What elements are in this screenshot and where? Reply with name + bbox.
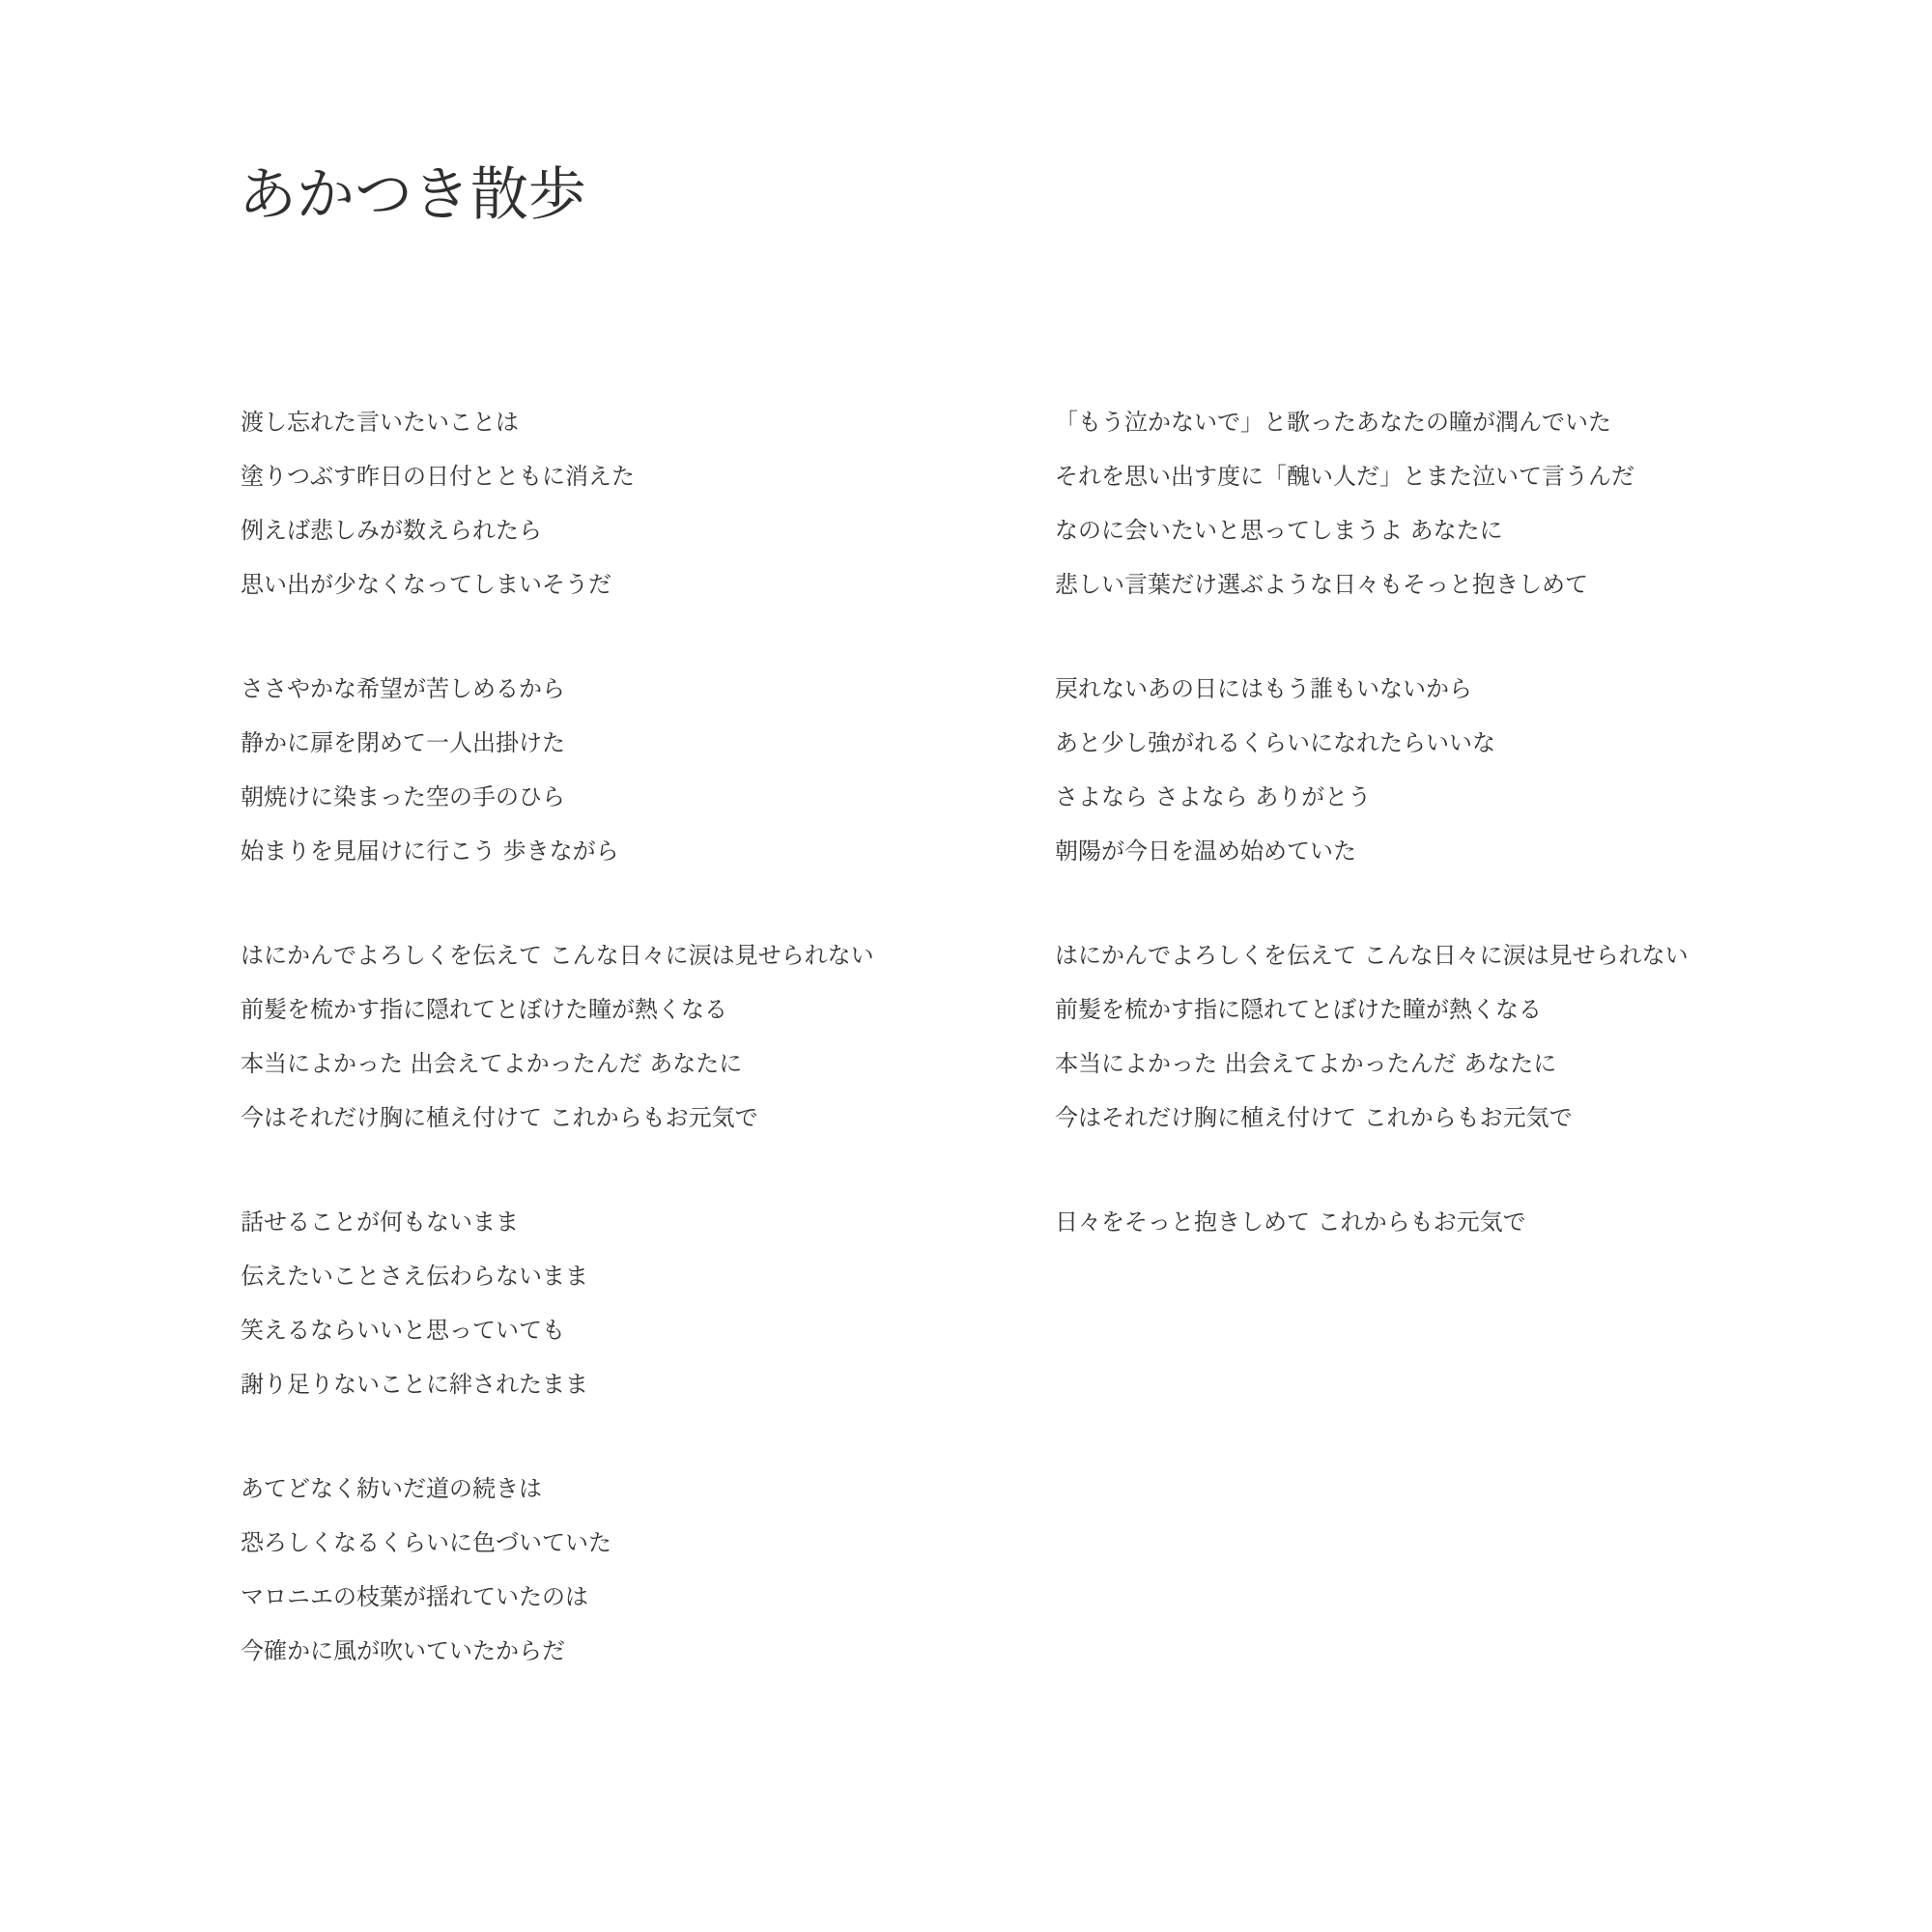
lyric-line: 恐ろしくなるくらいに色づいていた <box>241 1516 975 1570</box>
lyric-line: 前髪を梳かす指に隠れてとぼけた瞳が熱くなる <box>1055 982 1808 1037</box>
stanza: はにかんでよろしくを伝えて こんな日々に涙は見せられない前髪を梳かす指に隠れてと… <box>241 928 975 1145</box>
lyric-line: 悲しい言葉だけ選ぶような日々もそっと抱きしめて <box>1055 557 1808 611</box>
stanza: 日々をそっと抱きしめて これからもお元気で <box>1055 1195 1808 1249</box>
lyric-line: 朝焼けに染まった空の手のひら <box>241 770 975 824</box>
lyric-line: ささやかな希望が苦しめるから <box>241 662 975 716</box>
lyrics-column-left: 渡し忘れた言いたいことは塗りつぶす昨日の日付とともに消えた例えば悲しみが数えられ… <box>241 395 975 1728</box>
lyric-line: 前髪を梳かす指に隠れてとぼけた瞳が熱くなる <box>241 982 975 1037</box>
lyric-line: 話せることが何もないまま <box>241 1195 975 1249</box>
lyric-line: 渡し忘れた言いたいことは <box>241 395 975 449</box>
lyric-line: 例えば悲しみが数えられたら <box>241 503 975 557</box>
lyric-line: 今はそれだけ胸に植え付けて これからもお元気で <box>1055 1091 1808 1145</box>
lyric-line: 謝り足りないことに絆されたまま <box>241 1357 975 1411</box>
lyric-line: 始まりを見届けに行こう 歩きながら <box>241 824 975 878</box>
stanza: ささやかな希望が苦しめるから静かに扉を閉めて一人出掛けた朝焼けに染まった空の手の… <box>241 662 975 878</box>
stanza: 話せることが何もないまま伝えたいことさえ伝わらないまま笑えるならいいと思っていて… <box>241 1195 975 1411</box>
stanza: あてどなく紡いだ道の続きは恐ろしくなるくらいに色づいていたマロニエの枝葉が揺れて… <box>241 1462 975 1678</box>
lyric-line: 本当によかった 出会えてよかったんだ あなたに <box>1055 1037 1808 1091</box>
lyric-line: 戻れないあの日にはもう誰もいないから <box>1055 662 1808 716</box>
stanza: はにかんでよろしくを伝えて こんな日々に涙は見せられない前髪を梳かす指に隠れてと… <box>1055 928 1808 1145</box>
lyric-line: 笑えるならいいと思っていても <box>241 1303 975 1357</box>
lyric-line: 伝えたいことさえ伝わらないまま <box>241 1249 975 1303</box>
stanza: 渡し忘れた言いたいことは塗りつぶす昨日の日付とともに消えた例えば悲しみが数えられ… <box>241 395 975 611</box>
lyrics-page: あかつき散歩 渡し忘れた言いたいことは塗りつぶす昨日の日付とともに消えた例えば悲… <box>0 0 1932 1932</box>
stanza: 「もう泣かないで」と歌ったあなたの瞳が潤んでいたそれを思い出す度に「醜い人だ」と… <box>1055 395 1808 611</box>
lyric-line: あと少し強がれるくらいになれたらいいな <box>1055 716 1808 770</box>
page-title: あかつき散歩 <box>239 166 586 224</box>
lyric-line: あてどなく紡いだ道の続きは <box>241 1462 975 1516</box>
lyric-line: 今確かに風が吹いていたからだ <box>241 1624 975 1678</box>
stanza: 戻れないあの日にはもう誰もいないからあと少し強がれるくらいになれたらいいなさよな… <box>1055 662 1808 878</box>
lyric-line: 静かに扉を閉めて一人出掛けた <box>241 716 975 770</box>
lyric-line: なのに会いたいと思ってしまうよ あなたに <box>1055 503 1808 557</box>
lyric-line: 「もう泣かないで」と歌ったあなたの瞳が潤んでいた <box>1055 395 1808 449</box>
lyric-line: 塗りつぶす昨日の日付とともに消えた <box>241 449 975 503</box>
lyric-line: さよなら さよなら ありがとう <box>1055 770 1808 824</box>
lyric-line: それを思い出す度に「醜い人だ」とまた泣いて言うんだ <box>1055 449 1808 503</box>
lyric-line: はにかんでよろしくを伝えて こんな日々に涙は見せられない <box>1055 928 1808 982</box>
lyric-line: 今はそれだけ胸に植え付けて これからもお元気で <box>241 1091 975 1145</box>
lyric-line: 思い出が少なくなってしまいそうだ <box>241 557 975 611</box>
lyric-line: 朝陽が今日を温め始めていた <box>1055 824 1808 878</box>
lyrics-column-right: 「もう泣かないで」と歌ったあなたの瞳が潤んでいたそれを思い出す度に「醜い人だ」と… <box>1055 395 1808 1299</box>
lyric-line: 日々をそっと抱きしめて これからもお元気で <box>1055 1195 1808 1249</box>
lyric-line: マロニエの枝葉が揺れていたのは <box>241 1570 975 1624</box>
lyric-line: 本当によかった 出会えてよかったんだ あなたに <box>241 1037 975 1091</box>
lyric-line: はにかんでよろしくを伝えて こんな日々に涙は見せられない <box>241 928 975 982</box>
